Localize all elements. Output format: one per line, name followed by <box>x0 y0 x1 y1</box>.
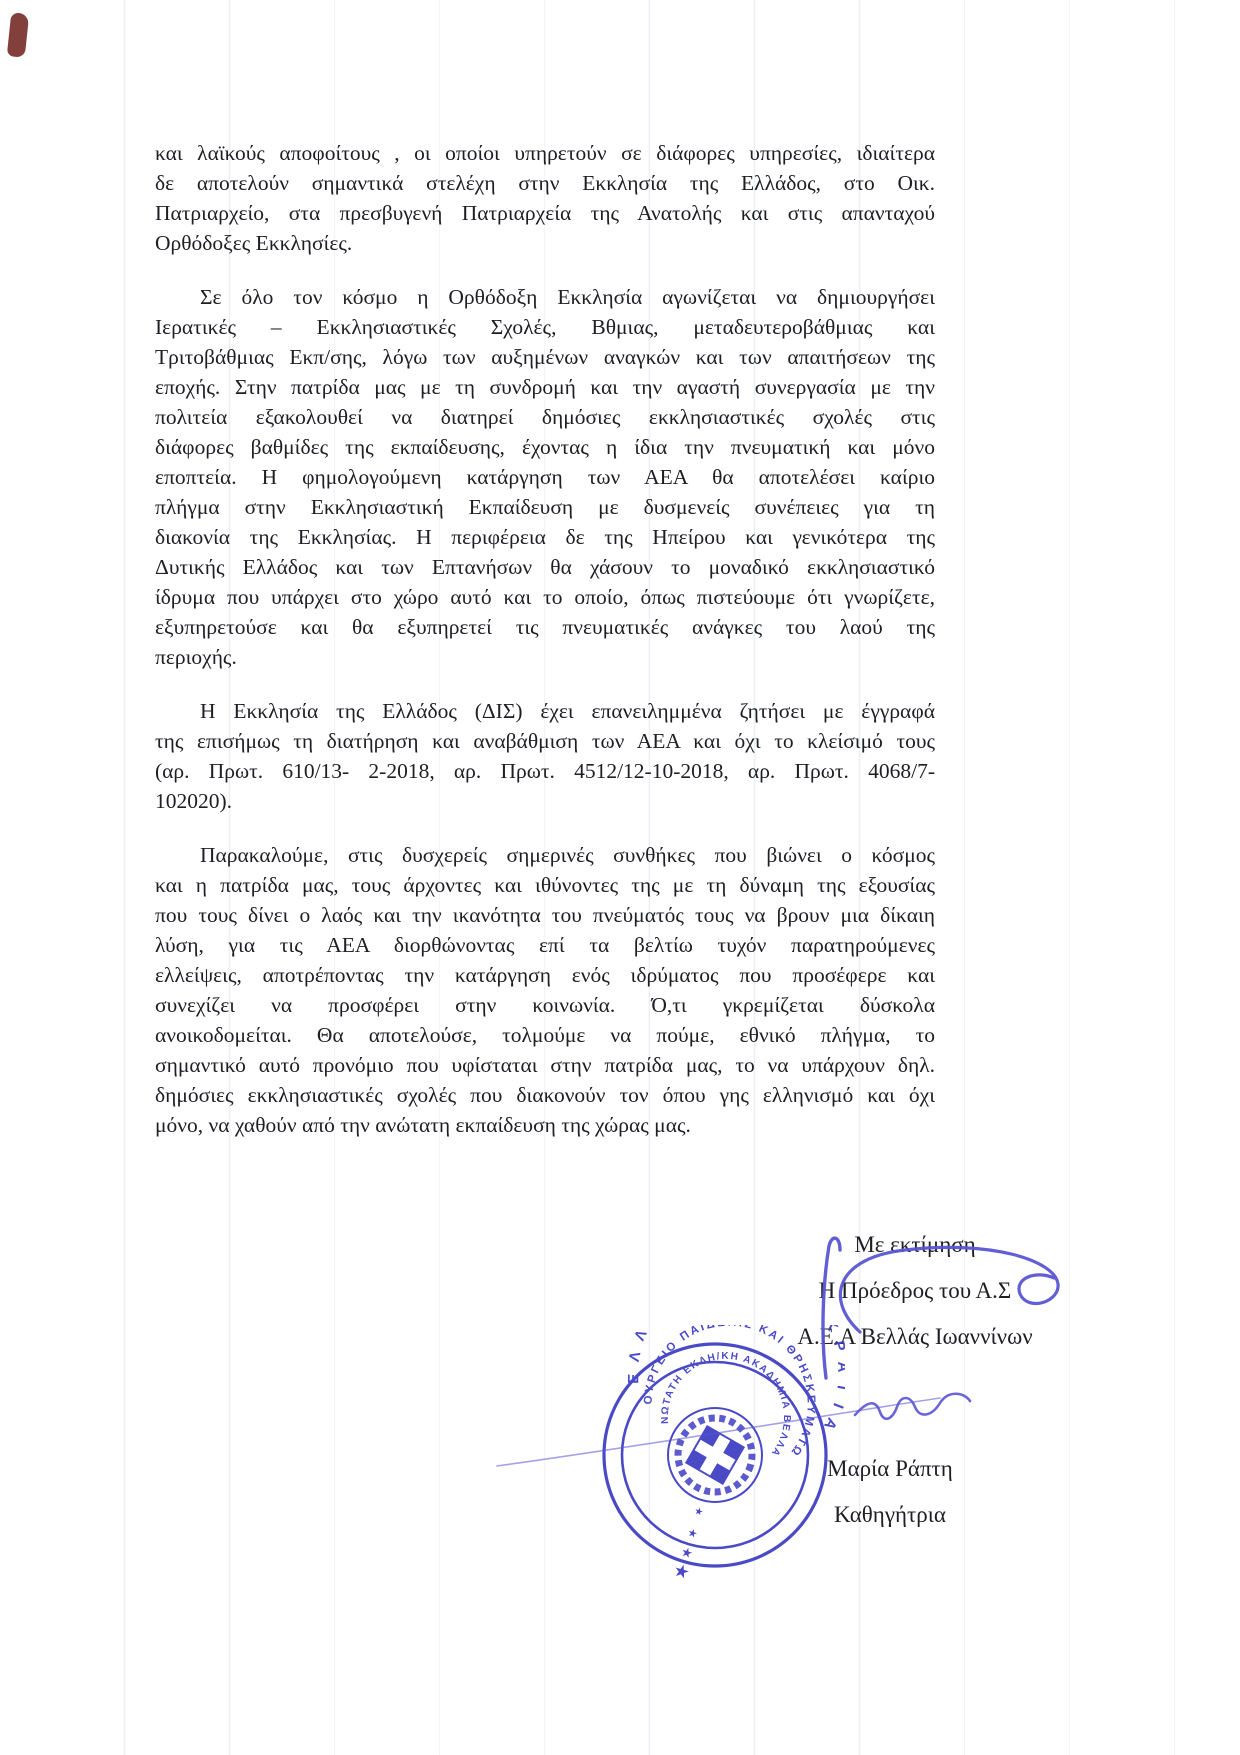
paragraph: και λαϊκούς αποφοίτους , οι οποίοι υπηρε… <box>155 138 935 258</box>
text-line: συνεχίζει να προσφέρει στην κοινωνία. Ό,… <box>155 990 935 1020</box>
paragraph: Παρακαλούμε, στις δυσχερείς σημερινές συ… <box>155 840 935 1140</box>
text-line: και η πατρίδα μας, τους άρχοντες και ιθύ… <box>155 870 935 900</box>
text-line: μόνο, να χαθούν από την ανώτατη εκπαίδευ… <box>155 1110 935 1140</box>
text-line: Ιερατικές – Εκκλησιαστικές Σχολές, Βθμια… <box>155 312 935 342</box>
text-line: πολιτεία εξακολουθεί να διατηρεί δημόσιε… <box>155 402 935 432</box>
text-line: Ορθόδοξες Εκκλησίες. <box>155 228 935 258</box>
text-line: ελλείψεις, αποτρέποντας την κατάργηση εν… <box>155 960 935 990</box>
svg-text:★: ★ <box>686 1526 699 1541</box>
text-line: και λαϊκούς αποφοίτους , οι οποίοι υπηρε… <box>155 138 935 168</box>
text-line: δημόσιες εκκλησιαστικές σχολές που διακο… <box>155 1080 935 1110</box>
text-line: σημαντικό αυτό προνόμιο που υφίσταται στ… <box>155 1050 935 1080</box>
text-line: Παρακαλούμε, στις δυσχερείς σημερινές συ… <box>155 840 935 870</box>
scan-mark <box>7 12 30 58</box>
text-line: εποχής. Στην πατρίδα μας με τη συνδρομή … <box>155 372 935 402</box>
text-line: διακονία της Εκκλησίας. Η περιφέρεια δε … <box>155 522 935 552</box>
svg-text:★: ★ <box>693 1506 705 1519</box>
text-line: πλήγμα στην Εκκλησιαστική Εκπαίδευση με … <box>155 492 935 522</box>
text-line: Πατριαρχείο, στα πρεσβυγενή Πατριαρχεία … <box>155 198 935 228</box>
text-line: 102020). <box>155 786 935 816</box>
text-line: ίδρυμα που υπάρχει στο χώρο αυτό και το … <box>155 582 935 612</box>
text-line: εποπτεία. Η φημολογούμενη κατάργηση των … <box>155 462 935 492</box>
text-line: δε αποτελούν σημαντικά στελέχη στην Εκκλ… <box>155 168 935 198</box>
text-block: και λαϊκούς αποφοίτους , οι οποίοι υπηρε… <box>155 138 935 1164</box>
text-line: εξυπηρετούσε και θα εξυπηρετεί τις πνευμ… <box>155 612 935 642</box>
text-line: που τους δίνει ο λαός και την ικανότητα … <box>155 900 935 930</box>
text-line: (αρ. Πρωτ. 610/13- 2-2018, αρ. Πρωτ. 451… <box>155 756 935 786</box>
text-line: της επισήμως τη διατήρηση και αναβάθμιση… <box>155 726 935 756</box>
paragraph: Η Εκκλησία της Ελλάδος (ΔΙΣ) έχει επανει… <box>155 696 935 816</box>
text-line: λύση, για τις ΑΕΑ διορθώνοντας επί τα βε… <box>155 930 935 960</box>
paragraph: Σε όλο τον κόσμο η Ορθόδοξη Εκκλησία αγω… <box>155 282 935 672</box>
text-line: Δυτικής Ελλάδος και των Επτανήσων θα χάσ… <box>155 552 935 582</box>
svg-text:★: ★ <box>671 1559 692 1584</box>
text-line: ανοικοδομείται. Θα αποτελούσε, τολμούμε … <box>155 1020 935 1050</box>
signature-scrawl <box>480 1220 1090 1490</box>
text-line: διάφορες βαθμίδες της εκπαίδευσης, έχοντ… <box>155 432 935 462</box>
text-line: περιοχής. <box>155 642 935 672</box>
scanned-letter-page: και λαϊκούς αποφοίτους , οι οποίοι υπηρε… <box>0 0 1240 1755</box>
text-line: Η Εκκλησία της Ελλάδος (ΔΙΣ) έχει επανει… <box>155 696 935 726</box>
svg-text:★: ★ <box>679 1545 694 1563</box>
text-line: Σε όλο τον κόσμο η Ορθόδοξη Εκκλησία αγω… <box>155 282 935 312</box>
text-line: Τριτοβάθμιας Εκπ/σης, λόγω των αυξημένων… <box>155 342 935 372</box>
